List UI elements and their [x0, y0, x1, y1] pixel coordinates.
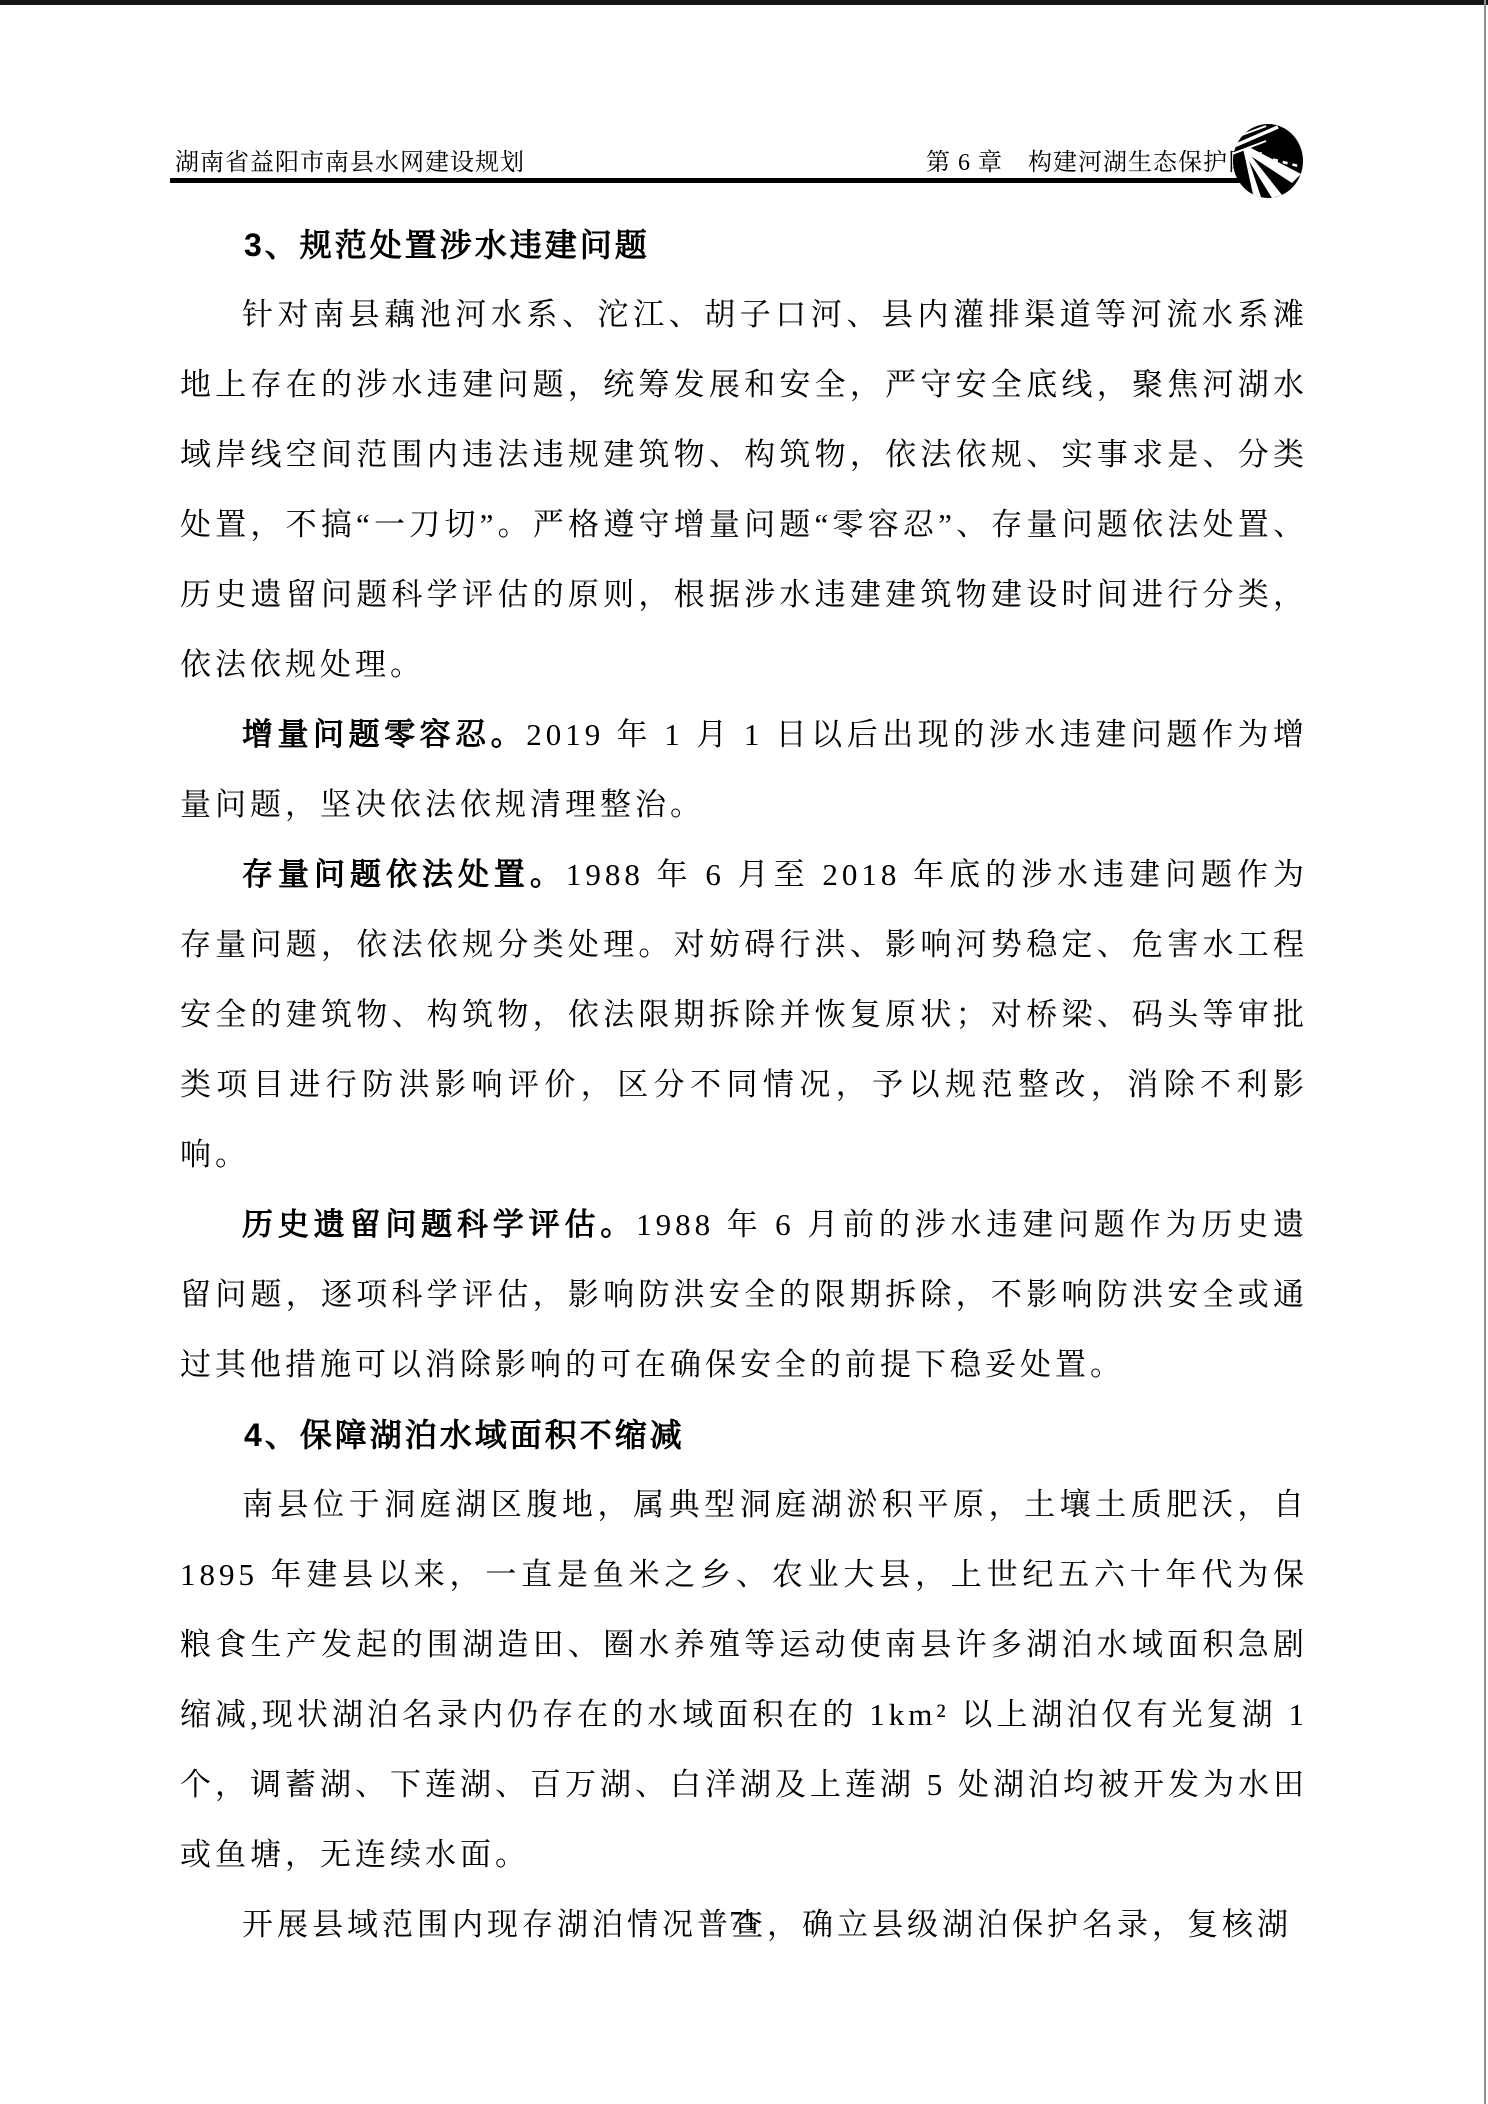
scan-top-edge-line — [0, 0, 1488, 5]
section-heading-3: 3、规范处置涉水违建问题 — [180, 210, 1308, 280]
section-heading-4: 4、保障湖泊水域面积不缩减 — [180, 1400, 1308, 1470]
paragraph: 存量问题依法处置。1988 年 6 月至 2018 年底的涉水违建问题作为存量问… — [180, 840, 1308, 1190]
paragraph-lead: 增量问题零容忍。 — [242, 717, 526, 752]
header-rule — [170, 178, 1243, 183]
paragraph: 针对南县藕池河水系、沱江、胡子口河、县内灌排渠道等河流水系滩地上存在的涉水违建问… — [180, 280, 1308, 700]
paragraph: 增量问题零容忍。2019 年 1 月 1 日以后出现的涉水违建问题作为增量问题，… — [180, 700, 1308, 840]
document-page: 湖南省益阳市南县水网建设规划 第 6 章 构建河湖生态保护网 3、规范处置涉水违… — [0, 0, 1488, 2104]
page-number: 71 — [0, 1906, 1488, 1937]
road-photo-circle-icon — [1232, 122, 1304, 200]
paragraph-text: 南县位于洞庭湖区腹地，属典型洞庭湖淤积平原，土壤土质肥沃，自 1895 年建县以… — [180, 1487, 1308, 1872]
document-body: 3、规范处置涉水违建问题 针对南县藕池河水系、沱江、胡子口河、县内灌排渠道等河流… — [180, 210, 1308, 1960]
paragraph-text: 1988 年 6 月至 2018 年底的涉水违建问题作为存量问题，依法依规分类处… — [180, 857, 1308, 1172]
paragraph-lead: 存量问题依法处置。 — [242, 857, 566, 892]
header-doc-title: 湖南省益阳市南县水网建设规划 — [175, 142, 525, 177]
scan-right-edge-line — [1484, 0, 1486, 2104]
paragraph: 历史遗留问题科学评估。1988 年 6 月前的涉水违建问题作为历史遗留问题，逐项… — [180, 1190, 1308, 1400]
paragraph-lead: 历史遗留问题科学评估。 — [242, 1207, 636, 1242]
paragraph: 南县位于洞庭湖区腹地，属典型洞庭湖淤积平原，土壤土质肥沃，自 1895 年建县以… — [180, 1470, 1308, 1890]
paragraph-text: 针对南县藕池河水系、沱江、胡子口河、县内灌排渠道等河流水系滩地上存在的涉水违建问… — [180, 297, 1308, 682]
header-chapter-title: 第 6 章 构建河湖生态保护网 — [926, 142, 1253, 177]
